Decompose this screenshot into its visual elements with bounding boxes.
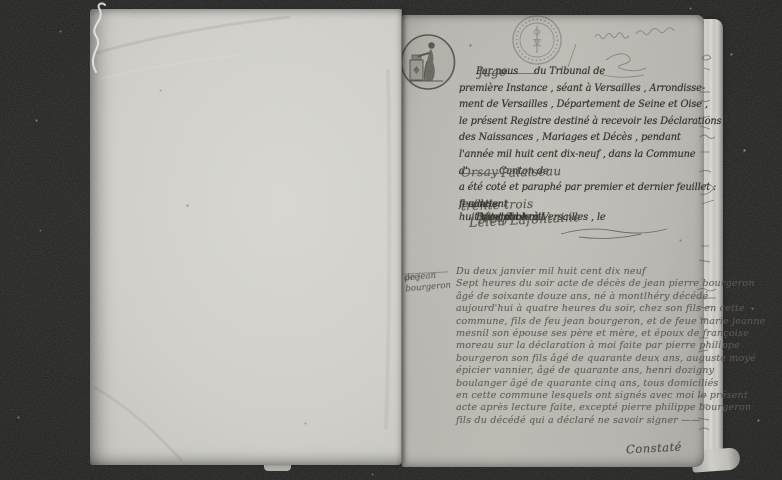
- act-line: bourgeron son fils âgé de quarante deux …: [456, 353, 718, 365]
- declaration-line: d'Orsay Canton de Palaiseau: [459, 164, 707, 181]
- postmark-stamp-icon: [508, 13, 566, 69]
- handwritten-canton: Palaiseau: [499, 162, 564, 181]
- act-line: moreau sur la déclaration à moi faite pa…: [456, 340, 718, 352]
- act-line: épicier vannier, âgé de quarante ans, he…: [456, 365, 718, 377]
- handwritten-commune: Orsay: [459, 163, 501, 181]
- declaration-line: huit cent dix-huit. Leleu Lafontaine: [459, 210, 707, 229]
- blank-left-page: [90, 9, 402, 465]
- margin-note: de jean pre bourgeron: [404, 269, 460, 276]
- emblem-stamp-icon: [398, 33, 458, 91]
- handwritten-death-act: Du deux janvier mil huit cent dix neuf S…: [456, 266, 718, 427]
- act-line: acte après lecture faite, excepté pierre…: [456, 402, 718, 414]
- declaration-line: ment de Versailles , Département de Sein…: [459, 97, 707, 114]
- act-line: aujourd'hui à quatre heures du soir, che…: [456, 303, 718, 315]
- act-line: Sept heures du soir acte de décès de jea…: [456, 278, 718, 290]
- act-line: commune, fils de feu jean bourgeron, et …: [456, 316, 718, 328]
- signature-flourish: [559, 226, 669, 240]
- declaration-line: le présent Registre destiné à recevoir l…: [459, 114, 707, 131]
- paper-creases: [90, 9, 402, 465]
- act-line: fils du décédé qui a déclaré ne savoir s…: [456, 415, 718, 427]
- act-line: âgé de soixante douze ans, né à montlhér…: [456, 291, 718, 303]
- declaration-line: des Naissances , Mariages et Décès , pen…: [459, 130, 707, 147]
- handwritten-juge: Juge: [476, 63, 509, 81]
- declaration-line: Par nous Juge du Tribunal de: [459, 64, 707, 81]
- act-line: mesnil son épouse ses père et mère, et é…: [456, 328, 718, 340]
- register-title-page: Par nous Juge du Tribunal de première In…: [402, 15, 704, 467]
- act-line: Du deux janvier mil huit cent dix neuf: [456, 266, 718, 278]
- act-line: boulanger âgé de quarante cinq ans, tous…: [456, 378, 718, 390]
- declaration-line: première Instance , séant à Versailles ,…: [459, 81, 707, 98]
- scanned-register-photo: Par nous Juge du Tribunal de première In…: [0, 0, 782, 480]
- dust-specks-light: [0, 0, 1, 1]
- edge-ink-bleed-marks: [694, 34, 724, 464]
- act-line: en cette commune lesquels ont signés ave…: [456, 390, 718, 402]
- declaration-line: a été coté et paraphé par premier et der…: [459, 180, 707, 197]
- declaration-line: l'année mil huit cent dix-neuf , dans la…: [459, 147, 707, 164]
- printed-declaration: Par nous Juge du Tribunal de première In…: [459, 64, 707, 228]
- act-closing-word: Constaté: [626, 440, 683, 457]
